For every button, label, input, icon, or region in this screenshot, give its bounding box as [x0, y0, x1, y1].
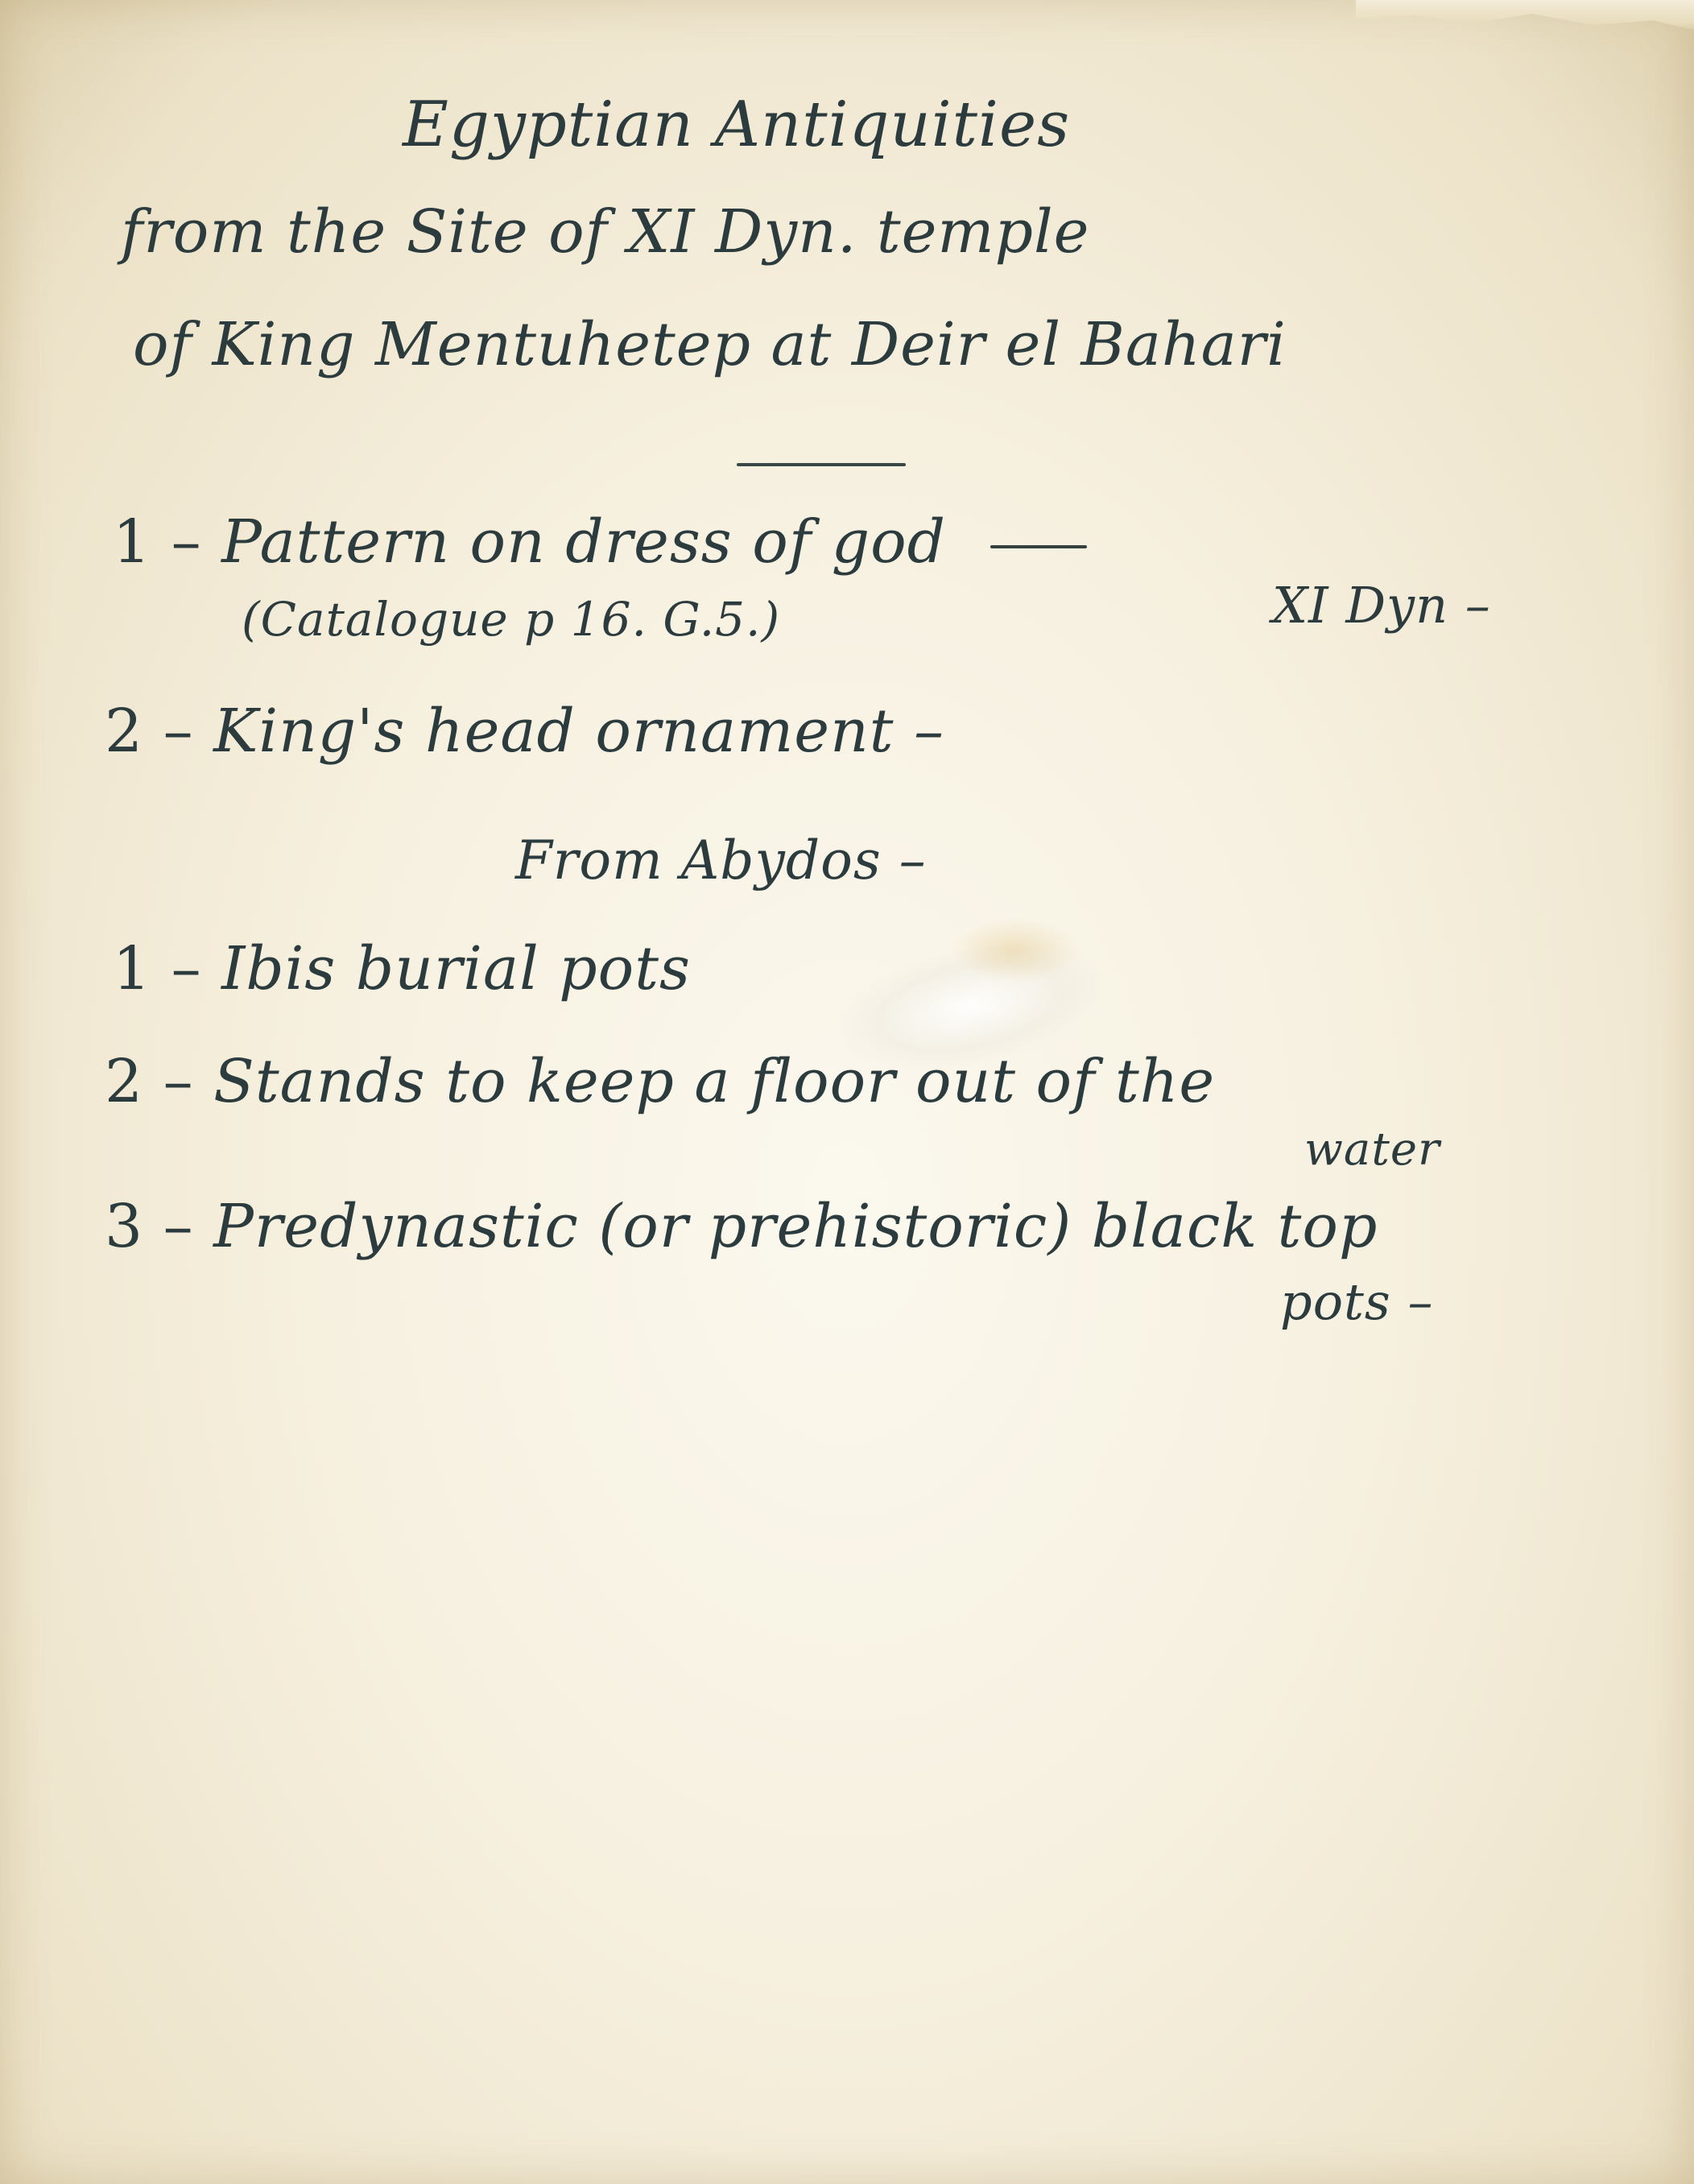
document-title: Egyptian Antiquities	[403, 89, 1070, 161]
item-text: King's head ornament –	[213, 697, 944, 766]
document-page: Egyptian Antiquities from the Site of XI…	[0, 0, 1694, 2184]
dash-mark	[990, 545, 1087, 548]
item-text: Ibis burial pots	[221, 934, 691, 1003]
section-heading: From Abydos –	[515, 829, 927, 891]
item-annotation: XI Dyn –	[1272, 576, 1491, 635]
subtitle-line-1: from the Site of XI Dyn. temple	[121, 197, 1089, 267]
item-note: (Catalogue p 16. G.5.)	[242, 592, 780, 647]
item-continuation: water	[1304, 1123, 1440, 1176]
item-number: 2 –	[105, 1047, 194, 1116]
item-number: 1 –	[113, 507, 202, 577]
list-item: 1 – Ibis burial pots	[113, 934, 691, 1003]
list-item: 2 – King's head ornament –	[105, 697, 944, 766]
list-item: 1 – Pattern on dress of god	[113, 507, 1087, 577]
subtitle-line-2: of King Mentuhetep at Deir el Bahari	[133, 310, 1287, 379]
divider-rule	[737, 463, 906, 466]
item-number: 2 –	[105, 697, 194, 766]
list-item: 3 – Predynastic (or prehistoric) black t…	[105, 1192, 1378, 1261]
torn-corner	[1356, 0, 1694, 34]
paper-stain	[950, 918, 1079, 982]
item-number: 3 –	[105, 1192, 194, 1261]
item-continuation: pots –	[1280, 1272, 1433, 1331]
item-text: Predynastic (or prehistoric) black top	[213, 1192, 1378, 1261]
item-text: Pattern on dress of god	[221, 507, 946, 577]
list-item: 2 – Stands to keep a floor out of the	[105, 1047, 1215, 1116]
item-number: 1 –	[113, 934, 202, 1003]
item-text: Stands to keep a floor out of the	[213, 1047, 1215, 1116]
